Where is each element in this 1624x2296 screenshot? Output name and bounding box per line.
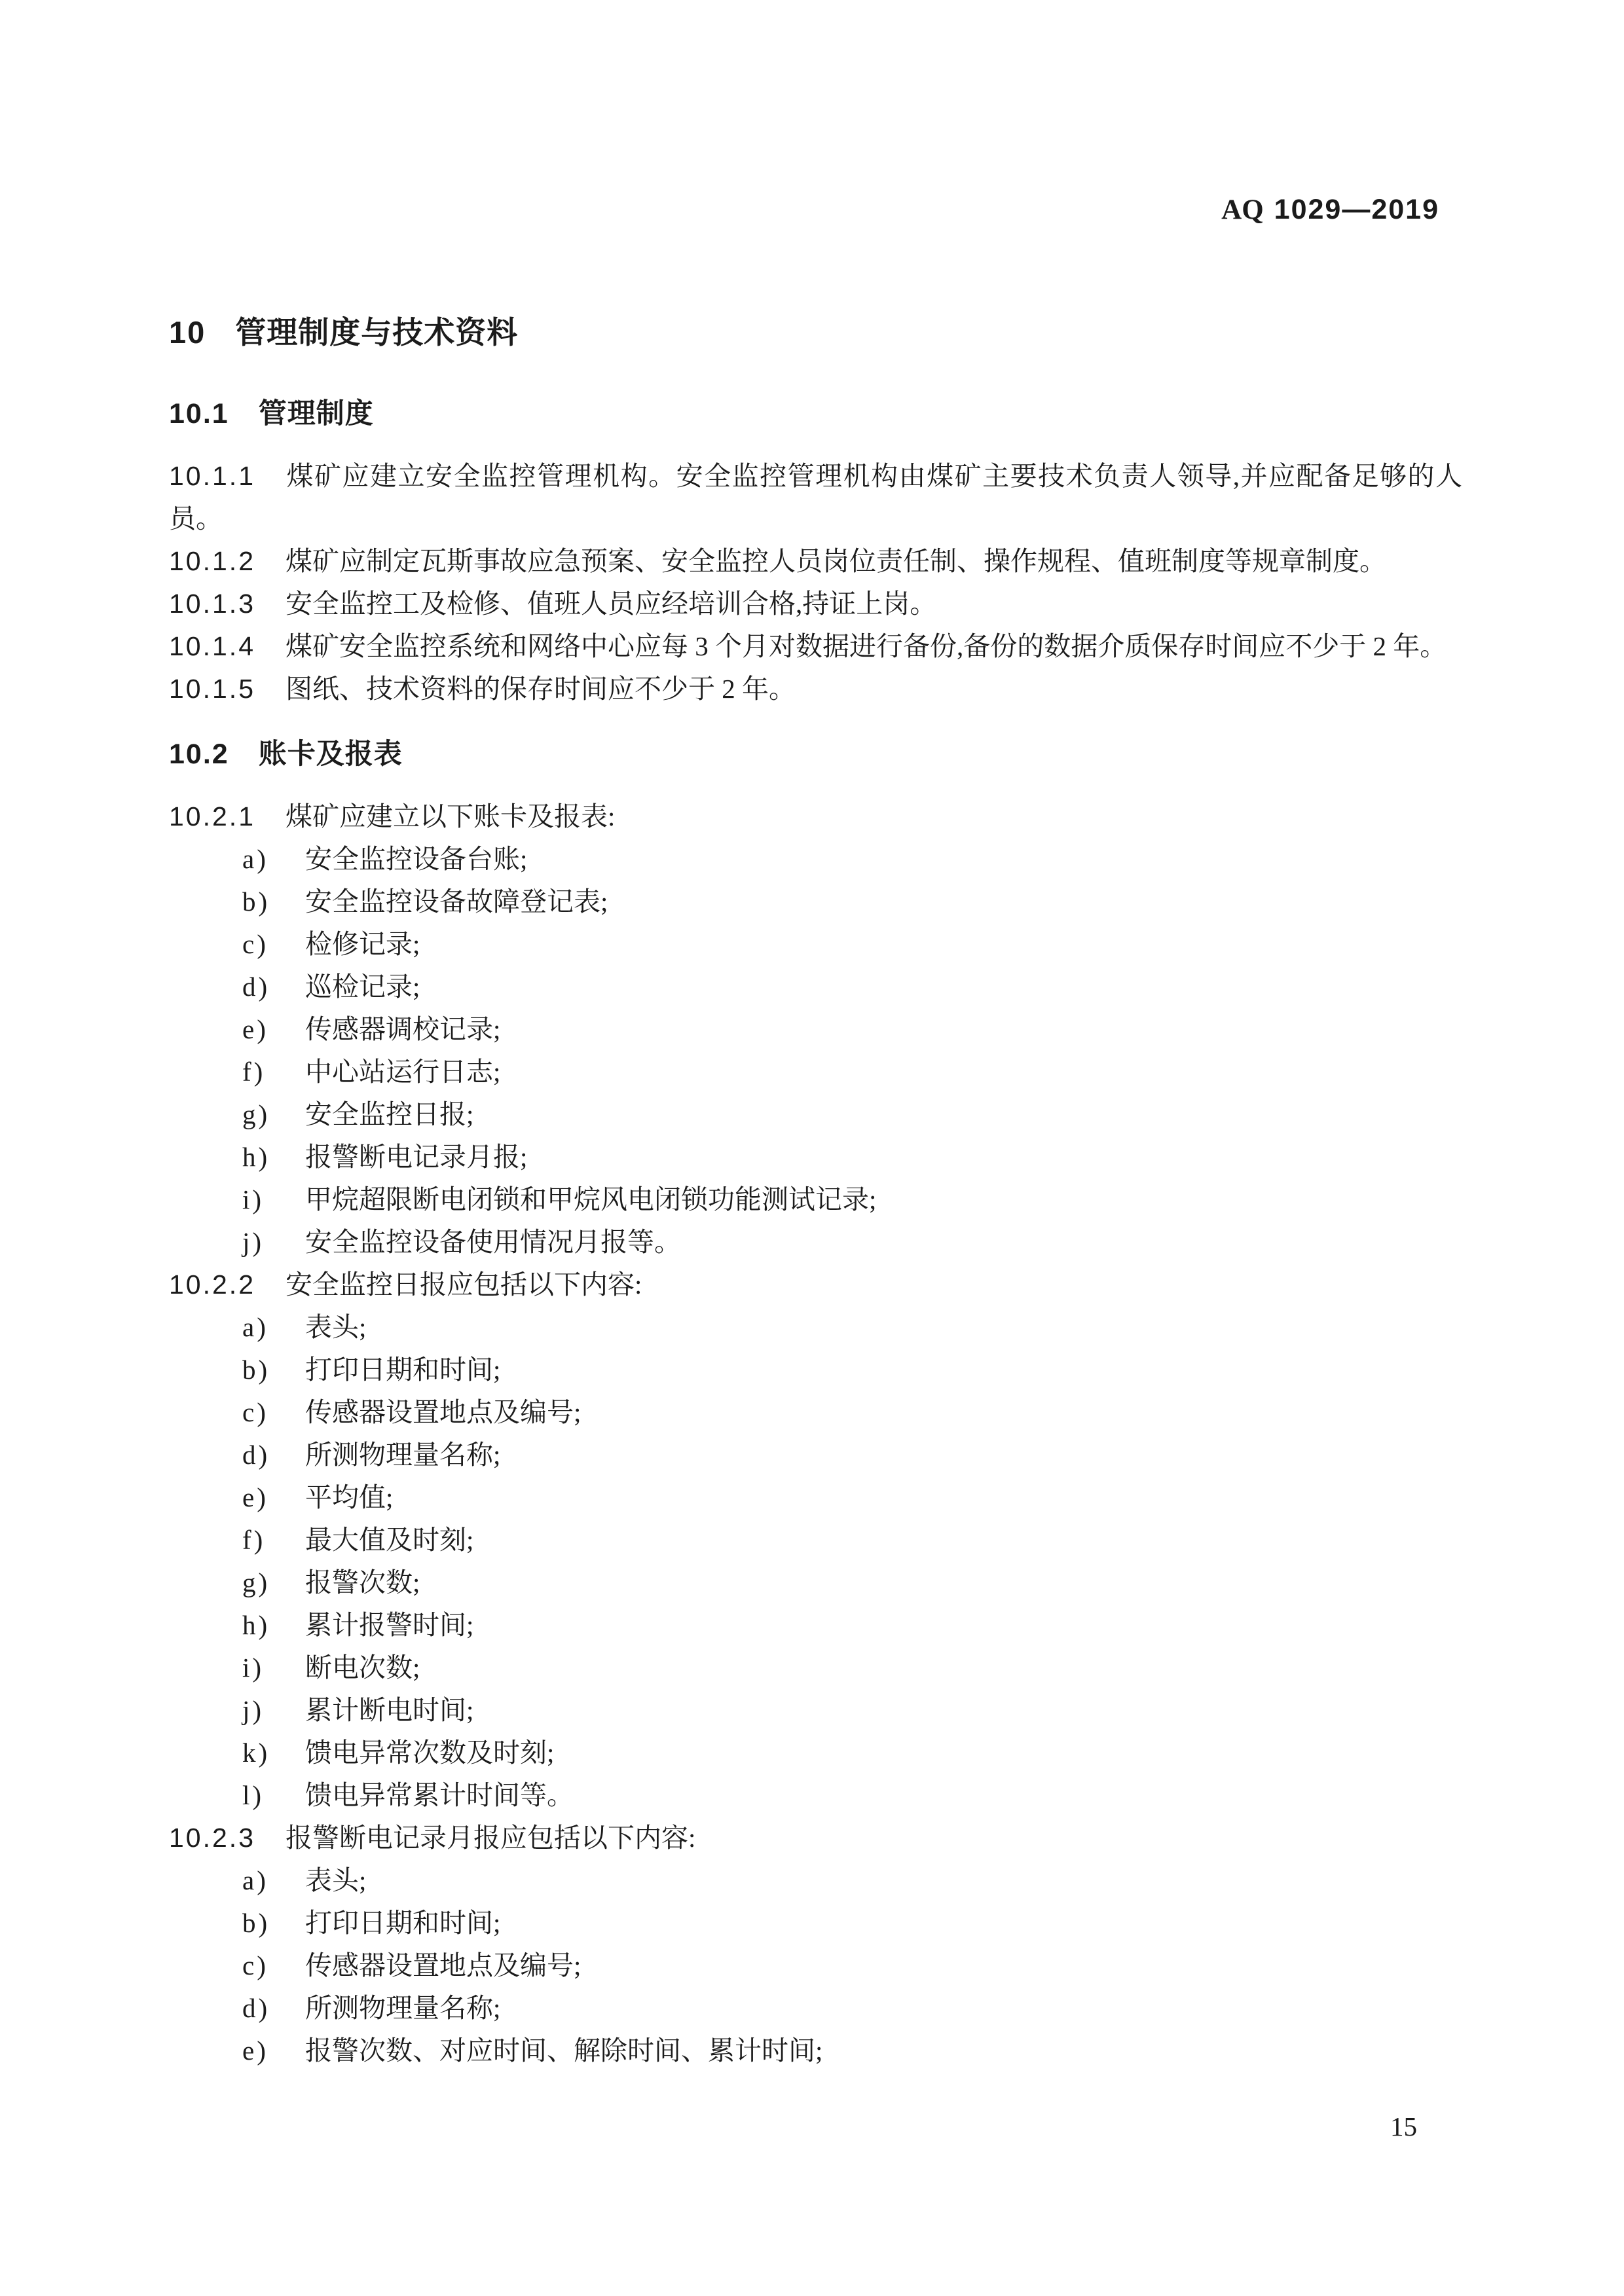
- list-item: a)表头;: [169, 1859, 1462, 1902]
- page-number: 15: [1390, 2111, 1417, 2142]
- list-item-marker: j): [242, 1689, 305, 1732]
- list-item-text: 安全监控设备台账;: [305, 844, 527, 874]
- clause-10.2.2: 10.2.2安全监控日报应包括以下内容:: [169, 1264, 1462, 1306]
- clause-text: 煤矿安全监控系统和网络中心应每 3 个月对数据进行备份,备份的数据介质保存时间应…: [286, 631, 1447, 661]
- section-heading-10.1: 10.1管理制度: [169, 393, 1462, 435]
- list-item-marker: c): [242, 1944, 305, 1987]
- clause-number: 10.1.2: [169, 546, 255, 576]
- clause-text: 安全监控日报应包括以下内容:: [286, 1269, 642, 1300]
- list-item-marker: e): [242, 1476, 305, 1519]
- list-item: h)报警断电记录月报;: [169, 1136, 1462, 1178]
- list-item: f)最大值及时刻;: [169, 1519, 1462, 1561]
- list-item-text: 馈电异常累计时间等。: [305, 1780, 574, 1810]
- list-item-marker: a): [242, 838, 305, 881]
- list-item-text: 表头;: [305, 1865, 366, 1895]
- list-item: f)中心站运行日志;: [169, 1051, 1462, 1093]
- clause-number: 10.2.3: [169, 1823, 255, 1853]
- heading-number: 10.1: [169, 398, 229, 429]
- heading-title: 管理制度与技术资料: [235, 315, 518, 350]
- list-item-text: 所测物理量名称;: [305, 1440, 500, 1470]
- list-item-text: 报警次数;: [305, 1567, 420, 1597]
- clause-number: 10.2.1: [169, 801, 255, 831]
- list-item-text: 安全监控日报;: [305, 1099, 473, 1129]
- list-item-marker: e): [242, 2030, 305, 2072]
- list-item-marker: d): [242, 1987, 305, 2030]
- list-item-text: 累计报警时间;: [305, 1610, 473, 1640]
- list-item: e)传感器调校记录;: [169, 1008, 1462, 1051]
- list-item-marker: j): [242, 1221, 305, 1264]
- list-item-text: 打印日期和时间;: [305, 1908, 500, 1938]
- clause-number: 10.1.1: [169, 461, 255, 491]
- list-item-marker: b): [242, 1349, 305, 1391]
- list-item-text: 安全监控设备使用情况月报等。: [305, 1227, 681, 1257]
- list-item-text: 累计断电时间;: [305, 1695, 473, 1725]
- clause-10.1.5: 10.1.5图纸、技术资料的保存时间应不少于 2 年。: [169, 668, 1462, 710]
- list-item: c)传感器设置地点及编号;: [169, 1944, 1462, 1987]
- list-item-marker: g): [242, 1093, 305, 1136]
- list-item-text: 报警断电记录月报;: [305, 1142, 527, 1172]
- list-item: d)巡检记录;: [169, 966, 1462, 1008]
- list-item-marker: d): [242, 1434, 305, 1476]
- list-item: j)安全监控设备使用情况月报等。: [169, 1221, 1462, 1264]
- list-item-text: 传感器设置地点及编号;: [305, 1950, 581, 1980]
- list-item-text: 馈电异常次数及时刻;: [305, 1738, 554, 1768]
- standard-prefix: AQ: [1221, 194, 1264, 225]
- clause-number: 10.1.4: [169, 631, 255, 661]
- clause-10.1.3: 10.1.3安全监控工及检修、值班人员应经培训合格,持证上岗。: [169, 583, 1462, 625]
- list-item: e)平均值;: [169, 1476, 1462, 1519]
- list-item-text: 传感器调校记录;: [305, 1014, 500, 1044]
- list-item: e)报警次数、对应时间、解除时间、累计时间;: [169, 2030, 1462, 2072]
- list-item: j)累计断电时间;: [169, 1689, 1462, 1732]
- list-item-text: 安全监控设备故障登记表;: [305, 886, 608, 917]
- list-item-text: 打印日期和时间;: [305, 1355, 500, 1385]
- list-item-marker: f): [242, 1051, 305, 1093]
- list-item-text: 报警次数、对应时间、解除时间、累计时间;: [305, 2035, 822, 2066]
- section-heading-10.2: 10.2账卡及报表: [169, 733, 1462, 776]
- list-item: b)安全监控设备故障登记表;: [169, 881, 1462, 923]
- list-item-marker: c): [242, 1391, 305, 1434]
- list-item: b)打印日期和时间;: [169, 1902, 1462, 1944]
- list-item-marker: h): [242, 1604, 305, 1647]
- list-item: g)安全监控日报;: [169, 1093, 1462, 1136]
- list-item: b)打印日期和时间;: [169, 1349, 1462, 1391]
- list-item-marker: b): [242, 1902, 305, 1944]
- list-item: c)传感器设置地点及编号;: [169, 1391, 1462, 1434]
- list-item: d)所测物理量名称;: [169, 1434, 1462, 1476]
- list-item: d)所测物理量名称;: [169, 1987, 1462, 2030]
- clause-10.1.1: 10.1.1煤矿应建立安全监控管理机构。安全监控管理机构由煤矿主要技术负责人领导…: [169, 455, 1462, 540]
- heading-number: 10: [169, 315, 206, 350]
- list-item-marker: h): [242, 1136, 305, 1178]
- list-item: c)检修记录;: [169, 923, 1462, 966]
- page-header: AQ1029—2019: [1221, 194, 1439, 226]
- list-item: a)安全监控设备台账;: [169, 838, 1462, 881]
- chapter-heading-10: 10管理制度与技术资料: [169, 311, 1462, 354]
- list-item-marker: i): [242, 1178, 305, 1221]
- clause-text: 煤矿应建立以下账卡及报表:: [286, 801, 615, 831]
- list-item-text: 巡检记录;: [305, 972, 420, 1002]
- list-item-text: 所测物理量名称;: [305, 1993, 500, 2023]
- clause-number: 10.1.5: [169, 674, 255, 704]
- clause-text: 图纸、技术资料的保存时间应不少于 2 年。: [286, 674, 796, 704]
- clause-text: 煤矿应制定瓦斯事故应急预案、安全监控人员岗位责任制、操作规程、值班制度等规章制度…: [286, 546, 1386, 576]
- list-item-text: 表头;: [305, 1312, 366, 1342]
- list-item-marker: f): [242, 1519, 305, 1561]
- list-item-text: 最大值及时刻;: [305, 1525, 473, 1555]
- list-item-marker: a): [242, 1306, 305, 1349]
- clause-number: 10.1.3: [169, 589, 255, 619]
- list-item-text: 断电次数;: [305, 1652, 420, 1683]
- clause-10.1.4: 10.1.4煤矿安全监控系统和网络中心应每 3 个月对数据进行备份,备份的数据介…: [169, 625, 1462, 668]
- heading-title: 管理制度: [259, 398, 374, 429]
- standard-code: 1029—2019: [1274, 194, 1439, 225]
- clause-text: 安全监控工及检修、值班人员应经培训合格,持证上岗。: [286, 589, 936, 619]
- list-item: h)累计报警时间;: [169, 1604, 1462, 1647]
- clause-number: 10.2.2: [169, 1269, 255, 1300]
- document-content: 10管理制度与技术资料10.1管理制度10.1.1煤矿应建立安全监控管理机构。安…: [169, 311, 1462, 2072]
- list-item: g)报警次数;: [169, 1561, 1462, 1604]
- document-page: AQ1029—2019 10管理制度与技术资料10.1管理制度10.1.1煤矿应…: [0, 0, 1624, 2296]
- list-item-marker: i): [242, 1647, 305, 1689]
- list-item: i)甲烷超限断电闭锁和甲烷风电闭锁功能测试记录;: [169, 1178, 1462, 1221]
- list-item-marker: k): [242, 1732, 305, 1774]
- list-item: l)馈电异常累计时间等。: [169, 1774, 1462, 1817]
- clause-text: 报警断电记录月报应包括以下内容:: [286, 1823, 695, 1853]
- list-item-marker: g): [242, 1561, 305, 1604]
- clause-10.2.1: 10.2.1煤矿应建立以下账卡及报表:: [169, 795, 1462, 838]
- clause-10.1.2: 10.1.2煤矿应制定瓦斯事故应急预案、安全监控人员岗位责任制、操作规程、值班制…: [169, 540, 1462, 583]
- list-item-marker: b): [242, 881, 305, 923]
- list-item-text: 检修记录;: [305, 929, 420, 959]
- list-item-marker: l): [242, 1774, 305, 1817]
- clause-text: 煤矿应建立安全监控管理机构。安全监控管理机构由煤矿主要技术负责人领导,并应配备足…: [169, 461, 1462, 534]
- list-item-marker: e): [242, 1008, 305, 1051]
- list-item-text: 甲烷超限断电闭锁和甲烷风电闭锁功能测试记录;: [305, 1184, 876, 1214]
- list-item: a)表头;: [169, 1306, 1462, 1349]
- list-item-marker: d): [242, 966, 305, 1008]
- list-item-text: 中心站运行日志;: [305, 1057, 500, 1087]
- heading-number: 10.2: [169, 738, 229, 770]
- list-item-text: 传感器设置地点及编号;: [305, 1397, 581, 1427]
- list-item: i)断电次数;: [169, 1647, 1462, 1689]
- heading-title: 账卡及报表: [259, 738, 403, 770]
- clause-10.2.3: 10.2.3报警断电记录月报应包括以下内容:: [169, 1817, 1462, 1859]
- list-item-text: 平均值;: [305, 1482, 393, 1512]
- list-item: k)馈电异常次数及时刻;: [169, 1732, 1462, 1774]
- list-item-marker: a): [242, 1859, 305, 1902]
- list-item-marker: c): [242, 923, 305, 966]
